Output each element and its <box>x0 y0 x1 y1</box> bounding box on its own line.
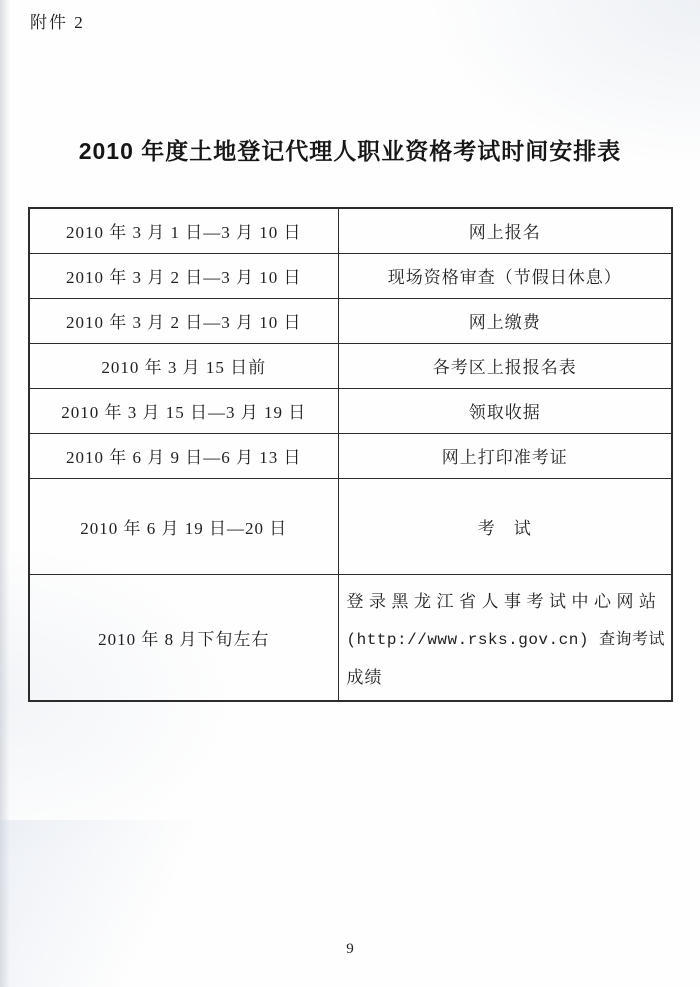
scan-tint-bottom-left <box>0 820 300 987</box>
time-cell: 2010 年 3 月 2 日—3 月 10 日 <box>29 298 338 343</box>
event-cell: 网上报名 <box>338 208 672 253</box>
event-cell: 现场资格审查（节假日休息） <box>338 253 672 298</box>
event-cell: 登录黑龙江省人事考试中心网站 (http://www.rsks.gov.cn) … <box>338 574 672 701</box>
event-cell: 各考区上报报名表 <box>338 343 672 388</box>
time-cell: 2010 年 3 月 1 日—3 月 10 日 <box>29 208 338 253</box>
time-cell: 2010 年 3 月 15 日前 <box>29 343 338 388</box>
page-title: 2010 年度土地登记代理人职业资格考试时间安排表 <box>0 133 700 166</box>
event-cell: 领取收据 <box>338 388 672 433</box>
schedule-table: 2010 年 3 月 1 日—3 月 10 日 网上报名 2010 年 3 月 … <box>28 207 673 702</box>
table-row: 2010 年 3 月 15 日—3 月 19 日 领取收据 <box>29 388 672 433</box>
event-cell: 考 试 <box>338 478 672 574</box>
attachment-label: 附件 2 <box>30 8 85 33</box>
table-row: 2010 年 6 月 19 日—20 日 考 试 <box>29 478 672 574</box>
event-line: 成绩 <box>347 656 664 694</box>
time-cell: 2010 年 3 月 2 日—3 月 10 日 <box>29 253 338 298</box>
table-row: 2010 年 3 月 2 日—3 月 10 日 网上缴费 <box>29 298 672 343</box>
table-row: 2010 年 3 月 2 日—3 月 10 日 现场资格审查（节假日休息） <box>29 253 672 298</box>
time-cell: 2010 年 6 月 9 日—6 月 13 日 <box>29 433 338 478</box>
table-row: 2010 年 3 月 15 日前 各考区上报报名表 <box>29 343 672 388</box>
event-cell: 网上打印准考证 <box>338 433 672 478</box>
page-number: 9 <box>0 941 700 958</box>
time-cell: 2010 年 3 月 15 日—3 月 19 日 <box>29 388 338 433</box>
time-cell: 2010 年 6 月 19 日—20 日 <box>29 478 338 574</box>
table-row: 2010 年 8 月下旬左右 登录黑龙江省人事考试中心网站 (http://ww… <box>29 574 672 701</box>
document-page: 附件 2 2010 年度土地登记代理人职业资格考试时间安排表 2010 年 3 … <box>0 0 700 987</box>
event-line: 登录黑龙江省人事考试中心网站 <box>347 580 664 618</box>
event-cell: 网上缴费 <box>338 298 672 343</box>
event-line-url: (http://www.rsks.gov.cn) 查询考试 <box>347 618 664 656</box>
time-cell: 2010 年 8 月下旬左右 <box>29 574 338 701</box>
table-row: 2010 年 3 月 1 日—3 月 10 日 网上报名 <box>29 208 672 253</box>
table-row: 2010 年 6 月 9 日—6 月 13 日 网上打印准考证 <box>29 433 672 478</box>
